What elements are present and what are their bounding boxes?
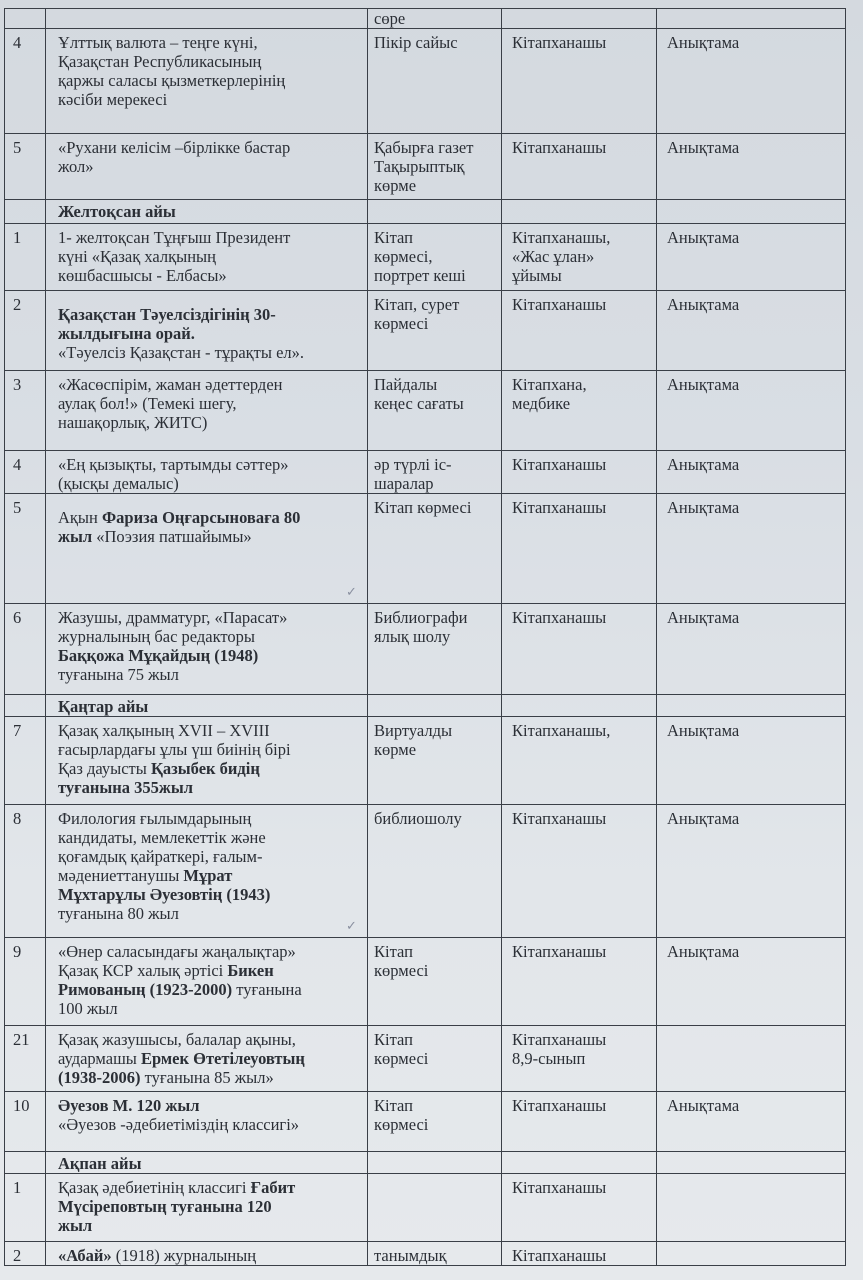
bold-text: Римованың (1923-2000)	[58, 980, 232, 999]
event-title: Қазақстан Тәуелсіздігінің 30-жылдығына о…	[45, 291, 367, 371]
cell-line: туғанына 80 жыл	[58, 904, 361, 923]
table-row: 4«Ең қызықты, тартымды сәттер»(қысқы дем…	[4, 450, 846, 494]
text: кандидаты, мемлекеттік және	[58, 828, 266, 847]
text: ғасырлардағы ұлы үш биінің бірі	[58, 740, 291, 759]
bold-text: Мұхтарұлы Әуезовтің (1943)	[58, 885, 270, 904]
cell-line: портрет кеші	[374, 266, 495, 285]
table-row: 4Ұлттық валюта – теңге күні,Қазақстан Ре…	[4, 28, 846, 134]
cell-line: әр түрлі іс-	[374, 455, 495, 474]
cell-line: мәдениеттанушы Мұрат	[58, 866, 361, 885]
cell-line: Кітапханашы	[512, 33, 650, 52]
cell-line: Кітапханашы,	[512, 228, 650, 247]
cell-line: кеңес сағаты	[374, 394, 495, 413]
row-number: 4	[4, 451, 45, 494]
cell-line: 100 жыл	[58, 999, 361, 1018]
cell-line: Кітапханашы	[512, 1096, 650, 1115]
month-title: Желтоқсан айы	[45, 200, 367, 224]
event-title: «Жасөспірім, жаман әдеттерденаулақ бол!»…	[45, 371, 367, 451]
event-title: «Абай» (1918) журналының	[45, 1242, 367, 1266]
cell-line: Қазақ халқының XVII – XVIII	[58, 721, 361, 740]
cell-line: «Өнер саласындағы жаңалықтар»	[58, 942, 361, 961]
row-number	[4, 1152, 45, 1174]
cell-line: библиошолу	[374, 809, 495, 828]
event-title: 1- желтоқсан Тұңғыш Президенткүні «Қазақ…	[45, 224, 367, 291]
cell-line: Пайдалы	[374, 375, 495, 394]
event-title: Қазақ жазушысы, балалар ақыны,аудармашы …	[45, 1026, 367, 1092]
responsible: Кітапханашы	[501, 134, 656, 200]
cell-line: кандидаты, мемлекеттік және	[58, 828, 361, 847]
result: Анықтама	[656, 938, 846, 1026]
responsible: Кітапханашы	[501, 1174, 656, 1242]
bold-text: Ермек Өтетілеуовтың	[141, 1049, 305, 1068]
event-form	[367, 200, 501, 224]
cell-line: нашақорлық, ЖИТС)	[58, 413, 361, 432]
text: (1918) журналының	[112, 1246, 257, 1265]
table-row: 2«Абай» (1918) журналыныңтанымдықКітапха…	[4, 1241, 846, 1266]
cell-line: «Тәуелсіз Қазақстан - тұрақты ел».	[58, 343, 361, 362]
text: «Өнер саласындағы жаңалықтар»	[58, 942, 296, 961]
table-row-fragment: сөре	[4, 8, 846, 29]
handwritten-check-mark: ✓	[346, 583, 357, 602]
month-title: Ақпан айы	[45, 1152, 367, 1174]
event-title: «Ең қызықты, тартымды сәттер»(қысқы дема…	[45, 451, 367, 494]
cell-line: ғасырлардағы ұлы үш биінің бірі	[58, 740, 361, 759]
table-bottom-border	[4, 1265, 846, 1266]
cell-line: Кітапханашы	[512, 942, 650, 961]
cell-line: «Рухани келісім –бірлікке бастар	[58, 138, 361, 157]
cell-line: 1- желтоқсан Тұңғыш Президент	[58, 228, 361, 247]
table-cell	[45, 9, 367, 29]
event-title: Қазақ халқының XVII – XVIIIғасырлардағы …	[45, 717, 367, 805]
cell-line: туғанына 75 жыл	[58, 665, 361, 684]
result	[656, 1152, 846, 1174]
text: мәдениеттанушы	[58, 866, 183, 885]
result: Анықтама	[656, 805, 846, 938]
responsible: Кітапханашы	[501, 604, 656, 695]
event-form: Пікір сайыс	[367, 29, 501, 134]
row-number	[4, 200, 45, 224]
cell-line: Кітапханашы	[512, 455, 650, 474]
cell-line: «Әуезов -әдебиетіміздің классигі»	[58, 1115, 361, 1134]
event-form: Кітап көрмесі	[367, 1092, 501, 1152]
text: «Әуезов -әдебиетіміздің классигі»	[58, 1115, 299, 1134]
event-form	[367, 1152, 501, 1174]
text: «Поэзия патшайымы»	[92, 527, 252, 546]
result: Анықтама	[656, 134, 846, 200]
result: Анықтама	[656, 1092, 846, 1152]
event-form	[367, 695, 501, 717]
event-form: әр түрлі іс-шаралар	[367, 451, 501, 494]
table-row: 1Қазақ әдебиетінің классигі ҒабитМүсіреп…	[4, 1173, 846, 1242]
text: Филология ғылымдарының	[58, 809, 251, 828]
table-row: 8Филология ғылымдарыныңкандидаты, мемлек…	[4, 804, 846, 938]
cell-line: жыл «Поэзия патшайымы»	[58, 527, 361, 546]
result: Анықтама	[656, 494, 846, 604]
cell-line: 8,9-сынып	[512, 1049, 650, 1068]
event-form: Кітапкөрмесі	[367, 938, 501, 1026]
cell-line: көрме	[374, 740, 495, 759]
result	[656, 695, 846, 717]
month-title: Қаңтар айы	[45, 695, 367, 717]
cell-line: Кітап	[374, 228, 495, 247]
cell-line: Римованың (1923-2000) туғанына	[58, 980, 361, 999]
table-row: 10Әуезов М. 120 жыл«Әуезов -әдебиетімізд…	[4, 1091, 846, 1152]
cell-line: көрмесі,	[374, 247, 495, 266]
cell-line: көрме	[374, 176, 495, 195]
row-number: 21	[4, 1026, 45, 1092]
table-row: 5Ақын Фариза Оңғарсыноваға 80жыл «Поэзия…	[4, 493, 846, 604]
cell-line: Әуезов М. 120 жыл	[58, 1096, 361, 1115]
cell-line: Кітапханашы	[512, 809, 650, 828]
cell-line: Ақын Фариза Оңғарсыноваға 80	[58, 508, 361, 527]
event-form: Кітап көрмесі	[367, 494, 501, 604]
result: Анықтама	[656, 451, 846, 494]
cell-line: Қазақ КСР халық әртісі Бикен	[58, 961, 361, 980]
result	[656, 200, 846, 224]
cell-line: көрмесі	[374, 1115, 495, 1134]
cell-line: танымдық	[374, 1246, 495, 1265]
cell-line: аулақ бол!» (Темекі шегу,	[58, 394, 361, 413]
responsible: Кітапханашы	[501, 29, 656, 134]
event-title: Жазушы, драмматург, «Парасат»журналының …	[45, 604, 367, 695]
cell-line: «Ең қызықты, тартымды сәттер»	[58, 455, 361, 474]
cell-line: Қазақ әдебиетінің классигі Ғабит	[58, 1178, 361, 1197]
row-number: 10	[4, 1092, 45, 1152]
responsible: Кітапханашы	[501, 805, 656, 938]
text: туғанына	[232, 980, 302, 999]
cell-line: кәсіби мерекесі	[58, 90, 361, 109]
row-number: 5	[4, 494, 45, 604]
row-number	[4, 695, 45, 717]
event-form: Виртуалдыкөрме	[367, 717, 501, 805]
cell-line: Кітапханашы	[512, 295, 650, 314]
cell-line: ұйымы	[512, 266, 650, 285]
event-title: Әуезов М. 120 жыл«Әуезов -әдебиетіміздің…	[45, 1092, 367, 1152]
responsible: Кітапхана,медбике	[501, 371, 656, 451]
bold-text: Қазыбек бидің	[151, 759, 260, 778]
event-form: Қабырға газетТақырыптықкөрме	[367, 134, 501, 200]
cell-line: Кітапханашы	[512, 1178, 650, 1197]
cell-line: ялық шолу	[374, 627, 495, 646]
bold-text: Мүсіреповтың туғанына 120	[58, 1197, 272, 1216]
bold-text: Фариза Оңғарсыноваға 80	[102, 508, 300, 527]
table-row: 3«Жасөспірім, жаман әдеттерденаулақ бол!…	[4, 370, 846, 451]
cell-line: Қазақстан Республикасының	[58, 52, 361, 71]
cell-line: Кітапханашы	[512, 138, 650, 157]
cell-line: жылдығына орай.	[58, 324, 361, 343]
row-number: 8	[4, 805, 45, 938]
responsible	[501, 1152, 656, 1174]
responsible: Кітапханашы	[501, 1092, 656, 1152]
responsible: Кітапханашы8,9-сынып	[501, 1026, 656, 1092]
row-number: 7	[4, 717, 45, 805]
text: туғанына 80 жыл	[58, 904, 179, 923]
cell-line: «Жасөспірім, жаман әдеттерден	[58, 375, 361, 394]
cell-line: қаржы саласы қызметкерлерінің	[58, 71, 361, 90]
cell-line: (1938-2006) туғанына 85 жыл»	[58, 1068, 361, 1087]
text: Қазақ халқының XVII – XVIII	[58, 721, 270, 740]
text: Қазақ әдебиетінің классигі	[58, 1178, 251, 1197]
responsible: Кітапханашы	[501, 451, 656, 494]
result: Анықтама	[656, 224, 846, 291]
cell-line: «Абай» (1918) журналының	[58, 1246, 361, 1265]
event-form: Библиографиялық шолу	[367, 604, 501, 695]
event-form	[367, 1174, 501, 1242]
cell-line: қоғамдық қайраткері, ғалым-	[58, 847, 361, 866]
cell-line: «Жас ұлан»	[512, 247, 650, 266]
event-title: «Өнер саласындағы жаңалықтар»Қазақ КСР х…	[45, 938, 367, 1026]
responsible: Кітапханашы	[501, 1242, 656, 1266]
responsible: Кітапханашы	[501, 494, 656, 604]
row-number: 9	[4, 938, 45, 1026]
result	[656, 1174, 846, 1242]
cell-line: аудармашы Ермек Өтетілеуовтың	[58, 1049, 361, 1068]
row-number: 3	[4, 371, 45, 451]
cell-line: Кітап	[374, 1030, 495, 1049]
responsible: Кітапханашы	[501, 938, 656, 1026]
table-row: 9«Өнер саласындағы жаңалықтар»Қазақ КСР …	[4, 937, 846, 1026]
cell-line: медбике	[512, 394, 650, 413]
event-title: «Рухани келісім –бірлікке бастаржол»	[45, 134, 367, 200]
cell-line: туғанына 355жыл	[58, 778, 361, 797]
cell-line: Кітап	[374, 1096, 495, 1115]
cell-line: Пікір сайыс	[374, 33, 495, 52]
bold-text: Бикен	[227, 961, 273, 980]
bold-text: Ғабит	[251, 1178, 296, 1197]
event-form: Пайдалыкеңес сағаты	[367, 371, 501, 451]
row-number: 5	[4, 134, 45, 200]
responsible: Кітапханашы,	[501, 717, 656, 805]
table-row: 2Қазақстан Тәуелсіздігінің 30-жылдығына …	[4, 290, 846, 371]
row-number: 1	[4, 1174, 45, 1242]
cell-line: Қазақ жазушысы, балалар ақыны,	[58, 1030, 361, 1049]
cell-line: жыл	[58, 1216, 361, 1235]
cell-line: Кітапхана,	[512, 375, 650, 394]
event-title: Ақын Фариза Оңғарсыноваға 80жыл «Поэзия …	[45, 494, 367, 604]
row-number: 1	[4, 224, 45, 291]
result: Анықтама	[656, 291, 846, 371]
cell-line: шаралар	[374, 474, 495, 493]
month-header-row: Ақпан айы	[4, 1151, 846, 1174]
text: туғанына 85 жыл»	[140, 1068, 273, 1087]
cell-line: көрмесі	[374, 314, 495, 333]
result: Анықтама	[656, 371, 846, 451]
bold-text: Баққожа Мұқайдың (1948)	[58, 646, 258, 665]
text: Жазушы, драмматург, «Парасат»	[58, 608, 287, 627]
cell-line: Кітапханашы	[512, 1030, 650, 1049]
table-cell	[656, 9, 846, 29]
result	[656, 1026, 846, 1092]
text: туғанына 75 жыл	[58, 665, 179, 684]
table-cell: сөре	[367, 9, 501, 29]
month-header-row: Желтоқсан айы	[4, 199, 846, 224]
event-title: Филология ғылымдарыныңкандидаты, мемлеке…	[45, 805, 367, 938]
text: Қазақ КСР халық әртісі	[58, 961, 227, 980]
cell-line: (қысқы демалыс)	[58, 474, 361, 493]
table-row: 11- желтоқсан Тұңғыш Президенткүні «Қаза…	[4, 223, 846, 291]
result: Анықтама	[656, 29, 846, 134]
cell-line: Кітап	[374, 942, 495, 961]
event-form: танымдық	[367, 1242, 501, 1266]
result: Анықтама	[656, 604, 846, 695]
cell-line: Тақырыптық	[374, 157, 495, 176]
table-row: 7Қазақ халқының XVII – XVIIIғасырлардағы…	[4, 716, 846, 805]
cell-line: Кітапханашы	[512, 608, 650, 627]
table-row: 21Қазақ жазушысы, балалар ақыны,аудармаш…	[4, 1025, 846, 1092]
event-form: Кітапкөрмесі,портрет кеші	[367, 224, 501, 291]
responsible	[501, 200, 656, 224]
text: Қазақ жазушысы, балалар ақыны,	[58, 1030, 296, 1049]
text: журналының бас редакторы	[58, 627, 255, 646]
cell-line: күні «Қазақ халқының	[58, 247, 361, 266]
row-number: 4	[4, 29, 45, 134]
scanned-document-page: сөре4Ұлттық валюта – теңге күні,Қазақста…	[0, 0, 863, 1280]
text: Қаз дауысты	[58, 759, 151, 778]
cell-line: Мұхтарұлы Әуезовтің (1943)	[58, 885, 361, 904]
bold-text: жыл	[58, 527, 92, 546]
row-number: 6	[4, 604, 45, 695]
table-cell	[4, 9, 45, 29]
bold-text: Әуезов М. 120 жыл	[58, 1096, 199, 1115]
responsible: Кітапханашы,«Жас ұлан»ұйымы	[501, 224, 656, 291]
event-form: библиошолу	[367, 805, 501, 938]
row-number: 2	[4, 1242, 45, 1266]
bold-text: туғанына 355жыл	[58, 778, 193, 797]
cell-line: журналының бас редакторы	[58, 627, 361, 646]
responsible	[501, 695, 656, 717]
cell-line: Библиографи	[374, 608, 495, 627]
responsible: Кітапханашы	[501, 291, 656, 371]
cell-line: Кітапханашы,	[512, 721, 650, 740]
cell-line: Кітап көрмесі	[374, 498, 495, 517]
table-row: 6Жазушы, драмматург, «Парасат»журналының…	[4, 603, 846, 695]
cell-line: Кітапханашы	[512, 1246, 650, 1265]
cell-line: Кітап, сурет	[374, 295, 495, 314]
bold-text: Мұрат	[183, 866, 232, 885]
text: қоғамдық қайраткері, ғалым-	[58, 847, 262, 866]
cell-line: Ұлттық валюта – теңге күні,	[58, 33, 361, 52]
bold-text: «Абай»	[58, 1246, 112, 1265]
text: Ақын	[58, 508, 102, 527]
cell-line: көрмесі	[374, 961, 495, 980]
event-title: Ұлттық валюта – теңге күні,Қазақстан Рес…	[45, 29, 367, 134]
cell-line: Баққожа Мұқайдың (1948)	[58, 646, 361, 665]
cell-line: Виртуалды	[374, 721, 495, 740]
table-cell	[501, 9, 656, 29]
cell-line: Қабырға газет	[374, 138, 495, 157]
cell-line: көрмесі	[374, 1049, 495, 1068]
cell-line: Қазақстан Тәуелсіздігінің 30-	[58, 305, 361, 324]
table-row: 5 «Рухани келісім –бірлікке бастаржол»Қа…	[4, 133, 846, 200]
cell-line: Қаз дауысты Қазыбек бидің	[58, 759, 361, 778]
cell-line: Филология ғылымдарының	[58, 809, 361, 828]
cell-line: Кітапханашы	[512, 498, 650, 517]
bold-text: жыл	[58, 1216, 92, 1235]
cell-line: Мүсіреповтың туғанына 120	[58, 1197, 361, 1216]
month-header-row: Қаңтар айы	[4, 694, 846, 717]
cell-line: жол»	[58, 157, 361, 176]
bold-text: (1938-2006)	[58, 1068, 140, 1087]
row-number: 2	[4, 291, 45, 371]
cell-line: Жазушы, драмматург, «Парасат»	[58, 608, 361, 627]
event-form: Кітап, суреткөрмесі	[367, 291, 501, 371]
text: 100 жыл	[58, 999, 118, 1018]
event-title: Қазақ әдебиетінің классигі ҒабитМүсірепо…	[45, 1174, 367, 1242]
event-form: Кітап көрмесі	[367, 1026, 501, 1092]
handwritten-check-mark: ✓	[346, 917, 357, 936]
result	[656, 1242, 846, 1266]
cell-line: көшбасшысы - Елбасы»	[58, 266, 361, 285]
text: аудармашы	[58, 1049, 141, 1068]
result: Анықтама	[656, 717, 846, 805]
